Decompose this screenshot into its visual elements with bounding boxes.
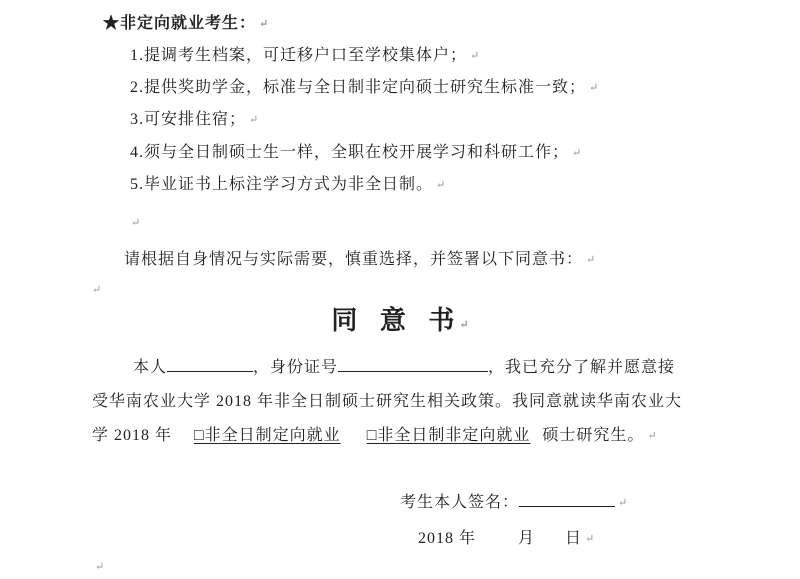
paragraph-mark: ↵: [589, 82, 598, 94]
date-year: 2018 年: [418, 530, 476, 547]
body-line3-prefix: 学 2018 年: [92, 427, 172, 444]
body-after-id: ，我已充分了解并愿意接: [488, 359, 675, 376]
body-line2-text: 受华南农业大学 2018 年非全日制硕士研究生相关政策。我同意就读华南农业大: [92, 393, 682, 410]
policy-item-3-text: 3.可安排住宿；: [130, 111, 246, 128]
paragraph-mark: ↵: [618, 497, 627, 509]
instruction-line: 请根据自身情况与实际需要，慎重选择，并签署以下同意书：↵: [124, 249, 595, 271]
signature-line: 考生本人签名：↵: [400, 492, 627, 514]
signature-label: 考生本人签名：: [400, 494, 519, 511]
policy-item-2-text: 2.提供奖助学金，标准与全日制非定向硕士研究生标准一致；: [130, 79, 586, 96]
policy-item-3: 3.可安排住宿；↵: [130, 109, 258, 131]
body-before-name: 本人: [133, 359, 167, 376]
instruction-text: 请根据自身情况与实际需要，慎重选择，并签署以下同意书：: [124, 251, 583, 268]
date-month: 月: [518, 530, 535, 547]
checkbox-option-directed: □非全日制定向就业: [194, 427, 341, 444]
id-number-blank-underline: [338, 357, 488, 372]
section-heading: ★非定向就业考生：↵: [103, 13, 268, 35]
body-line3-suffix: 硕士研究生。: [542, 427, 644, 444]
paragraph-mark: ↵: [259, 18, 268, 30]
paragraph-mark: ↵: [647, 430, 656, 442]
paragraph-mark: ↵: [572, 147, 581, 159]
policy-item-5: 5.毕业证书上标注学习方式为非全日制。↵: [130, 174, 445, 196]
policy-item-4: 4.须与全日制硕士生一样，全职在校开展学习和科研工作；↵: [130, 142, 581, 164]
policy-item-2: 2.提供奖助学金，标准与全日制非定向硕士研究生标准一致；↵: [130, 77, 598, 99]
agreement-body-line-1: 本人，身份证号，我已充分了解并愿意接: [133, 357, 675, 379]
agreement-title-text: 同 意 书: [331, 306, 456, 335]
document-page: ★非定向就业考生：↵ 1.提调考生档案，可迁移户口至学校集体户；↵ 2.提供奖助…: [0, 0, 800, 579]
checkbox-option-nondirected: □非全日制非定向就业: [367, 427, 531, 444]
paragraph-mark: ↵: [585, 533, 594, 545]
paragraph-mark: ↵: [459, 319, 468, 331]
paragraph-mark: ↵: [249, 114, 258, 126]
date-day: 日: [565, 530, 582, 547]
policy-item-1-text: 1.提调考生档案，可迁移户口至学校集体户；: [130, 47, 467, 64]
policy-item-1: 1.提调考生档案，可迁移户口至学校集体户；↵: [130, 45, 479, 67]
agreement-body-line-3: 学 2018 年□非全日制定向就业□非全日制非定向就业硕士研究生。↵: [92, 425, 657, 447]
paragraph-mark: ↵: [586, 254, 595, 266]
paragraph-mark: ↵: [92, 283, 101, 296]
paragraph-mark: ↵: [436, 179, 445, 191]
agreement-title: 同 意 书↵: [0, 310, 800, 336]
body-after-name: ，身份证号: [253, 359, 338, 376]
date-line: 2018 年月日↵: [418, 528, 594, 550]
paragraph-mark: ↵: [131, 216, 140, 229]
agreement-body-line-2: 受华南农业大学 2018 年非全日制硕士研究生相关政策。我同意就读华南农业大: [92, 391, 682, 413]
name-blank-underline: [167, 357, 253, 372]
policy-item-5-text: 5.毕业证书上标注学习方式为非全日制。: [130, 176, 433, 193]
section-heading-text: ★非定向就业考生：: [103, 15, 256, 32]
policy-item-4-text: 4.须与全日制硕士生一样，全职在校开展学习和科研工作；: [130, 144, 569, 161]
signature-blank-underline: [519, 492, 615, 507]
paragraph-mark: ↵: [470, 50, 479, 62]
paragraph-mark: ↵: [95, 560, 104, 573]
